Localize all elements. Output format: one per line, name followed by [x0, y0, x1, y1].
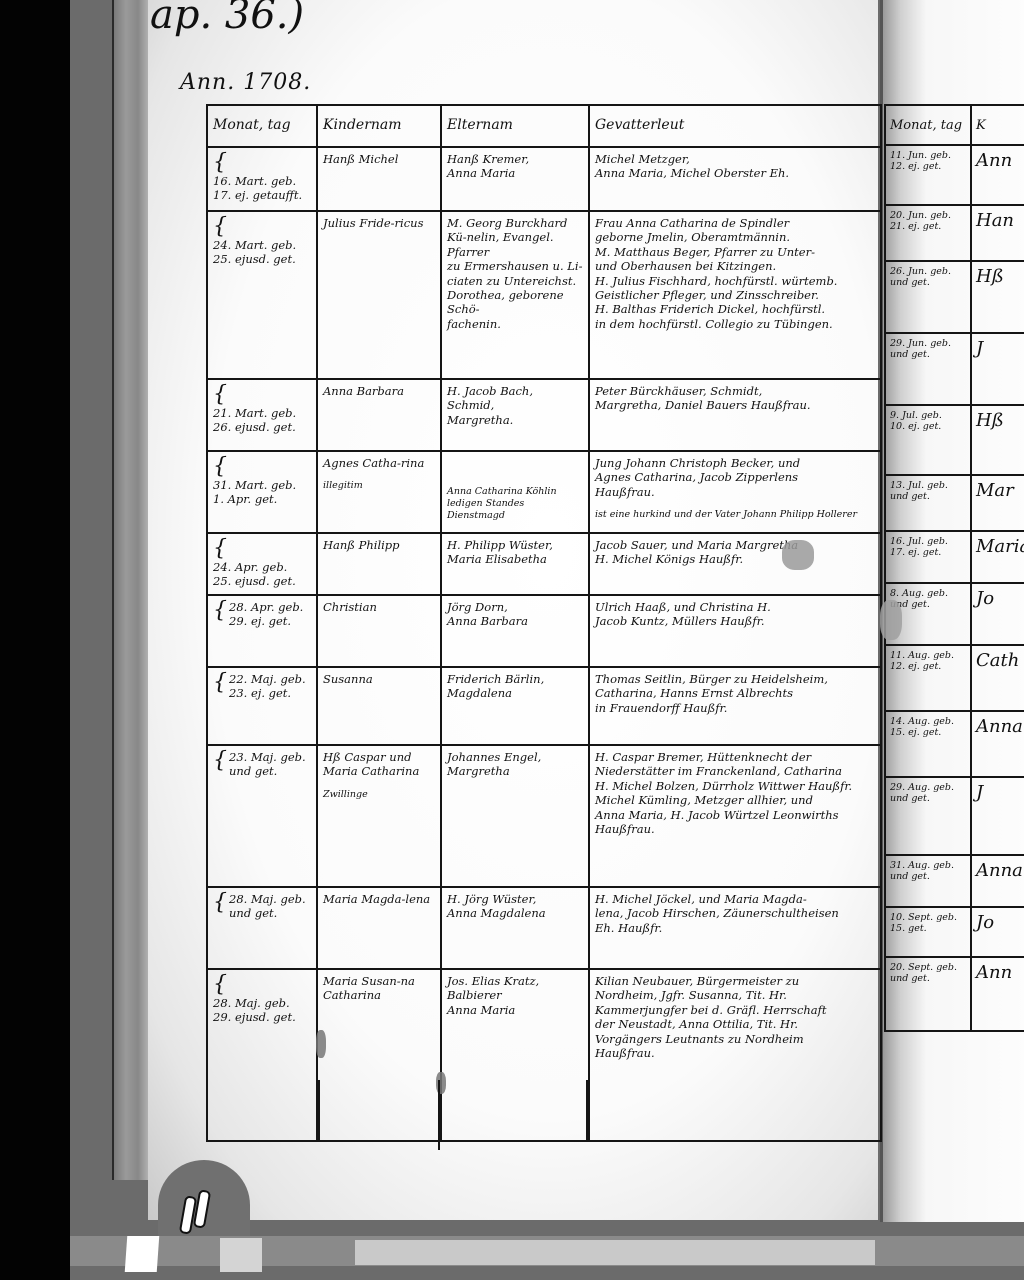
entry-date-cell: {16. Mart. geb.17. ej. getaufft.: [207, 147, 317, 211]
facing-entry-row: 29. Aug. geb.und get.J: [885, 777, 1024, 855]
facing-child-cell: Anna: [971, 711, 1024, 777]
godparent-line: Kammerjungfer bei d. Gräfl. Herrschaft: [595, 1003, 875, 1017]
godparent-line: Anna Maria, Michel Oberster Eh.: [595, 166, 875, 180]
entry-date-cell: {24. Mart. geb.25. ejusd. get.: [207, 211, 317, 379]
entry-dates: 23. Maj. geb.und get.: [229, 750, 306, 779]
entry-date-line: 31. Mart. geb.: [213, 478, 296, 492]
entry-parents-cell: Jörg Dorn,Anna Barbara: [441, 595, 589, 667]
entry-date-cell: {28. Maj. geb.29. ejusd. get.: [207, 969, 317, 1141]
facing-date-line: 17. ej. get.: [890, 547, 966, 558]
godparent-line: in Frauendorff Haußfr.: [595, 701, 875, 715]
entry-date-line: 23. ej. get.: [229, 686, 306, 700]
entry-dates: 21. Mart. geb.26. ejusd. get.: [213, 406, 296, 435]
facing-entry-row: 8. Aug. geb.und get.Jo: [885, 583, 1024, 645]
facing-date-cell: 31. Aug. geb.und get.: [885, 855, 971, 907]
godparent-line: Jacob Kuntz, Müllers Haußfr.: [595, 614, 875, 628]
entry-dates: 28. Maj. geb.29. ejusd. get.: [213, 996, 296, 1025]
brace-icon: {: [213, 384, 227, 406]
godparent-line: geborne Jmelin, Oberamtmännin.: [595, 230, 875, 244]
entry-child-cell: Julius Fride-ricus: [317, 211, 441, 379]
register-entry-row: {24. Apr. geb.25. ejusd. get.Hanß Philip…: [207, 533, 881, 595]
register-header-row: Monat, tag Kindernam Elternam Gevatterle…: [207, 105, 881, 147]
parent-name-line: ciaten zu Untereichst.: [447, 274, 583, 288]
register-entry-row: {21. Mart. geb.26. ejusd. get.Anna Barba…: [207, 379, 881, 451]
brace-icon: {: [213, 672, 227, 694]
facing-date-line: und get.: [890, 349, 966, 360]
facing-date-line: 13. Jul. geb.: [890, 480, 966, 491]
entry-date-cell: {21. Mart. geb.26. ejusd. get.: [207, 379, 317, 451]
facing-date-line: 26. Jun. geb.: [890, 266, 966, 277]
facing-date-cell: 14. Aug. geb.15. ej. get.: [885, 711, 971, 777]
facing-date-cell: 10. Sept. geb.15. get.: [885, 907, 971, 957]
entry-godparents-cell: Thomas Seitlin, Bürger zu Heidelsheim,Ca…: [589, 667, 881, 745]
child-name: Anna Barbara: [323, 384, 435, 398]
register-entry-row: {22. Maj. geb.23. ej. get.SusannaFrideri…: [207, 667, 881, 745]
entry-dates: 16. Mart. geb.17. ej. getaufft.: [213, 174, 302, 203]
facing-child-cell: Anna: [971, 855, 1024, 907]
entry-date-cell: {28. Maj. geb.und get.: [207, 887, 317, 969]
facing-child-cell: Han: [971, 205, 1024, 261]
entry-date-cell: {22. Maj. geb.23. ej. get.: [207, 667, 317, 745]
parent-name-line: Jos. Elias Kratz,: [447, 974, 583, 988]
entry-godparents-cell: Kilian Neubauer, Bürgermeister zuNordhei…: [589, 969, 881, 1141]
facing-date-cell: 9. Jul. geb.10. ej. get.: [885, 405, 971, 475]
facing-date-line: 29. Aug. geb.: [890, 782, 966, 793]
child-name: Christian: [323, 600, 435, 614]
entry-godparents-cell: Frau Anna Catharina de Spindlergeborne J…: [589, 211, 881, 379]
entry-date-cell: {28. Apr. geb.29. ej. get.: [207, 595, 317, 667]
header-parents: Elternam: [441, 105, 589, 147]
godparent-note: ist eine hurkind und der Vater Johann Ph…: [595, 509, 875, 521]
facing-entry-row: 10. Sept. geb.15. get.Jo: [885, 907, 1024, 957]
entry-date-line: 22. Maj. geb.: [229, 672, 306, 686]
facing-entry-row: 29. Jun. geb.und get.J: [885, 333, 1024, 405]
header-child-name: Kindernam: [317, 105, 441, 147]
facing-child-cell: Maria: [971, 531, 1024, 583]
page-stain: [880, 600, 902, 640]
entry-dates: 28. Apr. geb.29. ej. get.: [229, 600, 303, 629]
facing-date-line: 11. Jun. geb.: [890, 150, 966, 161]
facing-date-line: und get.: [890, 973, 966, 984]
entry-date-line: 25. ejusd. get.: [213, 574, 296, 588]
entry-child-cell: Maria Susan-na Catharina: [317, 969, 441, 1141]
entry-child-cell: Christian: [317, 595, 441, 667]
facing-date-line: 12. ej. get.: [890, 161, 966, 172]
godparent-line: H. Balthas Friderich Dickel, hochfürstl.: [595, 302, 875, 316]
child-name: Susanna: [323, 672, 435, 686]
entry-date-line: 21. Mart. geb.: [213, 406, 296, 420]
parent-name-line: Anna Magdalena: [447, 906, 583, 920]
parent-name-line: zu Ermershausen u. Li-: [447, 259, 583, 273]
facing-date-cell: 11. Jun. geb.12. ej. get.: [885, 145, 971, 205]
facing-date-line: 12. ej. get.: [890, 661, 966, 672]
parent-name-line: Balbierer: [447, 988, 583, 1002]
godparent-line: Geistlicher Pfleger, und Zinsschreiber.: [595, 288, 875, 302]
parent-note-line: ledigen Standes Dienstmagd: [447, 498, 583, 522]
godparent-line: Haußfrau.: [595, 1046, 875, 1060]
brace-icon: {: [213, 600, 227, 622]
parent-name-line: Friderich Bärlin,: [447, 672, 583, 686]
brace-icon: {: [213, 152, 227, 174]
child-note: illegitim: [323, 480, 435, 492]
facing-child-cell: Ann: [971, 145, 1024, 205]
entry-parents-cell: Jos. Elias Kratz,BalbiererAnna Maria: [441, 969, 589, 1141]
facing-date-cell: 29. Jun. geb.und get.: [885, 333, 971, 405]
entry-date-line: 28. Maj. geb.: [213, 996, 296, 1010]
godparent-line: H. Michel Königs Haußfr.: [595, 552, 875, 566]
facing-child-cell: Mar: [971, 475, 1024, 531]
godparent-line: Jung Johann Christoph Becker, und: [595, 456, 875, 470]
entry-date-line: 29. ej. get.: [229, 614, 303, 628]
child-name: Maria Magda-lena: [323, 892, 435, 906]
entry-child-cell: Anna Barbara: [317, 379, 441, 451]
entry-date-line: 25. ejusd. get.: [213, 252, 296, 266]
entry-date-line: 29. ejusd. get.: [213, 1010, 296, 1024]
scanner-tab-white: [125, 1236, 160, 1272]
facing-date-line: 31. Aug. geb.: [890, 860, 966, 871]
facing-child-cell: J: [971, 333, 1024, 405]
parent-name-line: Margretha: [447, 764, 583, 778]
folio-mark: ap. 36.): [150, 0, 304, 38]
godparent-line: Eh. Haußfr.: [595, 921, 875, 935]
entry-date-line: 17. ej. getaufft.: [213, 188, 302, 202]
entry-date-line: und get.: [229, 764, 306, 778]
godparent-line: in dem hochfürstl. Collegio zu Tübingen.: [595, 317, 875, 331]
godparent-line: Haußfrau.: [595, 485, 875, 499]
child-name: Hanß Philipp: [323, 538, 435, 552]
godparent-line: Margretha, Daniel Bauers Haußfrau.: [595, 398, 875, 412]
entry-godparents-cell: H. Caspar Bremer, Hüttenknecht derNieder…: [589, 745, 881, 887]
entry-child-cell: Susanna: [317, 667, 441, 745]
facing-entry-row: 20. Sept. geb.und get.Ann: [885, 957, 1024, 1031]
facing-child-cell: Cath: [971, 645, 1024, 711]
parent-name-line: Magdalena: [447, 686, 583, 700]
entry-date-line: 23. Maj. geb.: [229, 750, 306, 764]
godparent-line: Kilian Neubauer, Bürgermeister zu: [595, 974, 875, 988]
facing-date-line: und get.: [890, 871, 966, 882]
brace-icon: {: [213, 892, 227, 914]
column-line: [206, 1080, 208, 1140]
register-entry-row: {28. Apr. geb.29. ej. get.ChristianJörg …: [207, 595, 881, 667]
brace-icon: {: [213, 216, 227, 238]
baptism-register-table: Monat, tag Kindernam Elternam Gevatterle…: [206, 104, 882, 1142]
register-entry-row: {28. Maj. geb.und get.Maria Magda-lenaH.…: [207, 887, 881, 969]
godparent-line: Michel Kümling, Metzger allhier, und: [595, 793, 875, 807]
entry-date-cell: {31. Mart. geb.1. Apr. get.: [207, 451, 317, 533]
entry-godparents-cell: Jung Johann Christoph Becker, undAgnes C…: [589, 451, 881, 533]
brace-icon: {: [213, 750, 227, 772]
facing-header-month-day: Monat, tag: [885, 105, 971, 145]
entry-date-cell: {24. Apr. geb.25. ejusd. get.: [207, 533, 317, 595]
entry-child-cell: Hß Caspar und Maria CatharinaZwillinge: [317, 745, 441, 887]
entry-parents-cell: Anna Catharina Köhlinledigen Standes Die…: [441, 451, 589, 533]
entry-date-line: und get.: [229, 906, 306, 920]
parent-name-line: Dorothea, geborene Schö-: [447, 288, 583, 317]
ink-stain: [316, 1030, 326, 1058]
entry-dates: 28. Maj. geb.und get.: [229, 892, 306, 921]
entry-date-line: 16. Mart. geb.: [213, 174, 302, 188]
entry-date-line: 28. Maj. geb.: [229, 892, 306, 906]
entry-date-line: 1. Apr. get.: [213, 492, 296, 506]
parent-name-line: Johannes Engel,: [447, 750, 583, 764]
godparent-line: Niederstätter im Franckenland, Catharina: [595, 764, 875, 778]
brace-icon: {: [213, 974, 227, 996]
facing-child-cell: J: [971, 777, 1024, 855]
facing-child-cell: Ann: [971, 957, 1024, 1031]
parent-name-line: Margretha.: [447, 413, 583, 427]
scanner-frame-left: [0, 0, 70, 1280]
facing-date-cell: 20. Jun. geb.21. ej. get.: [885, 205, 971, 261]
scanner-tab-grey: [220, 1238, 262, 1272]
facing-date-line: 20. Jun. geb.: [890, 210, 966, 221]
facing-date-line: 10. ej. get.: [890, 421, 966, 432]
facing-header-row: Monat, tag K: [885, 105, 1024, 145]
facing-entry-row: 26. Jun. geb.und get.Hß: [885, 261, 1024, 333]
entry-godparents-cell: Jacob Sauer, und Maria MargrethaH. Miche…: [589, 533, 881, 595]
year-heading: Ann. 1708.: [180, 70, 311, 95]
entry-godparents-cell: Ulrich Haaß, und Christina H.Jacob Kuntz…: [589, 595, 881, 667]
facing-date-line: und get.: [890, 277, 966, 288]
facing-date-cell: 26. Jun. geb.und get.: [885, 261, 971, 333]
parent-name-line: M. Georg Burckhard Kü-nelin, Evangel. Pf…: [447, 216, 583, 259]
header-month-day: Monat, tag: [207, 105, 317, 147]
parent-name-line: Anna Maria: [447, 1003, 583, 1017]
entry-parents-cell: M. Georg Burckhard Kü-nelin, Evangel. Pf…: [441, 211, 589, 379]
scanner-bottom-strip: [355, 1240, 875, 1265]
godparent-line: H. Caspar Bremer, Hüttenknecht der: [595, 750, 875, 764]
godparent-line: Anna Maria, H. Jacob Würtzel Leonwirths …: [595, 808, 875, 837]
facing-date-line: 9. Jul. geb.: [890, 410, 966, 421]
register-entry-row: {23. Maj. geb.und get.Hß Caspar und Mari…: [207, 745, 881, 887]
child-name: Hß Caspar und Maria Catharina: [323, 750, 435, 779]
facing-date-line: 15. get.: [890, 923, 966, 934]
entry-date-cell: {23. Maj. geb.und get.: [207, 745, 317, 887]
facing-date-line: 21. ej. get.: [890, 221, 966, 232]
entry-dates: 31. Mart. geb.1. Apr. get.: [213, 478, 296, 507]
parent-name-line: fachenin.: [447, 317, 583, 331]
facing-entry-row: 11. Aug. geb.12. ej. get.Cath: [885, 645, 1024, 711]
godparent-line: Nordheim, Jgfr. Susanna, Tit. Hr.: [595, 988, 875, 1002]
entry-parents-cell: H. Philipp Wüster,Maria Elisabetha: [441, 533, 589, 595]
entry-parents-cell: Johannes Engel,Margretha: [441, 745, 589, 887]
facing-date-line: 10. Sept. geb.: [890, 912, 966, 923]
parent-name-line: Maria Elisabetha: [447, 552, 583, 566]
brace-icon: {: [213, 538, 227, 560]
entry-child-cell: Agnes Catha-rinaillegitim: [317, 451, 441, 533]
facing-child-cell: Hß: [971, 405, 1024, 475]
godparent-line: lena, Jacob Hirschen, Zäunerschultheisen: [595, 906, 875, 920]
facing-date-line: 11. Aug. geb.: [890, 650, 966, 661]
child-name: Julius Fride-ricus: [323, 216, 435, 230]
bottom-mark-stroke: [193, 1189, 211, 1229]
facing-entry-row: 11. Jun. geb.12. ej. get.Ann: [885, 145, 1024, 205]
column-line: [318, 1080, 320, 1140]
godparent-line: der Neustadt, Anna Ottilia, Tit. Hr.: [595, 1017, 875, 1031]
parent-name-line: Anna Barbara: [447, 614, 583, 628]
facing-child-cell: Jo: [971, 907, 1024, 957]
godparent-line: Vorgängers Leutnants zu Nordheim: [595, 1032, 875, 1046]
entry-parents-cell: H. Jörg Wüster,Anna Magdalena: [441, 887, 589, 969]
register-entry-row: {24. Mart. geb.25. ejusd. get.Julius Fri…: [207, 211, 881, 379]
entry-date-line: 28. Apr. geb.: [229, 600, 303, 614]
facing-date-line: 16. Jul. geb.: [890, 536, 966, 547]
godparent-line: und Oberhausen bei Kitzingen.: [595, 259, 875, 273]
entry-parents-cell: H. Jacob Bach, Schmid,Margretha.: [441, 379, 589, 451]
godparent-line: Agnes Catharina, Jacob Zipperlens: [595, 470, 875, 484]
child-name: Hanß Michel: [323, 152, 435, 166]
entry-date-line: 24. Mart. geb.: [213, 238, 296, 252]
entry-godparents-cell: Michel Metzger,Anna Maria, Michel Oberst…: [589, 147, 881, 211]
register-entry-row: {31. Mart. geb.1. Apr. get.Agnes Catha-r…: [207, 451, 881, 533]
child-name: Maria Susan-na Catharina: [323, 974, 435, 1003]
child-note: Zwillinge: [323, 789, 435, 801]
parent-note-line: Anna Catharina Köhlin: [447, 486, 583, 498]
entry-child-cell: Hanß Philipp: [317, 533, 441, 595]
facing-date-line: 8. Aug. geb.: [890, 588, 966, 599]
entry-godparents-cell: Peter Bürckhäuser, Schmidt,Margretha, Da…: [589, 379, 881, 451]
facing-date-cell: 20. Sept. geb.und get.: [885, 957, 971, 1031]
parent-name-line: H. Jörg Wüster,: [447, 892, 583, 906]
facing-date-cell: 16. Jul. geb.17. ej. get.: [885, 531, 971, 583]
godparent-line: Michel Metzger,: [595, 152, 875, 166]
facing-entry-row: 14. Aug. geb.15. ej. get.Anna: [885, 711, 1024, 777]
godparent-line: H. Julius Fischhard, hochfürstl. würtemb…: [595, 274, 875, 288]
facing-entry-row: 20. Jun. geb.21. ej. get.Han: [885, 205, 1024, 261]
register-entry-row: {28. Maj. geb.29. ejusd. get.Maria Susan…: [207, 969, 881, 1141]
column-line: [438, 1080, 440, 1150]
facing-header-child: K: [971, 105, 1024, 145]
brace-icon: {: [213, 456, 227, 478]
entry-date-line: 24. Apr. geb.: [213, 560, 296, 574]
facing-child-cell: Jo: [971, 583, 1024, 645]
parent-name-line: Anna Maria: [447, 166, 583, 180]
facing-date-line: 15. ej. get.: [890, 727, 966, 738]
ink-stain: [782, 540, 814, 570]
godparent-line: M. Matthaus Beger, Pfarrer zu Unter-: [595, 245, 875, 259]
entry-date-line: 26. ejusd. get.: [213, 420, 296, 434]
entry-godparents-cell: H. Michel Jöckel, und Maria Magda-lena, …: [589, 887, 881, 969]
entry-dates: 24. Apr. geb.25. ejusd. get.: [213, 560, 296, 589]
entry-child-cell: Hanß Michel: [317, 147, 441, 211]
facing-date-line: und get.: [890, 793, 966, 804]
header-godparents: Gevatterleut: [589, 105, 881, 147]
godparent-line: Peter Bürckhäuser, Schmidt,: [595, 384, 875, 398]
parent-name-line: Jörg Dorn,: [447, 600, 583, 614]
parent-name-line: Hanß Kremer,: [447, 152, 583, 166]
facing-entry-row: 13. Jul. geb.und get.Mar: [885, 475, 1024, 531]
facing-date-cell: 13. Jul. geb.und get.: [885, 475, 971, 531]
facing-date-line: und get.: [890, 491, 966, 502]
parent-name-line: H. Jacob Bach, Schmid,: [447, 384, 583, 413]
godparent-line: Frau Anna Catharina de Spindler: [595, 216, 875, 230]
child-name: Agnes Catha-rina: [323, 456, 435, 470]
facing-child-cell: Hß: [971, 261, 1024, 333]
entry-parents-cell: Hanß Kremer,Anna Maria: [441, 147, 589, 211]
facing-entry-row: 31. Aug. geb.und get.Anna: [885, 855, 1024, 907]
godparent-line: H. Michel Jöckel, und Maria Magda-: [595, 892, 875, 906]
parent-name-line: H. Philipp Wüster,: [447, 538, 583, 552]
facing-date-line: und get.: [890, 599, 966, 610]
godparent-line: Thomas Seitlin, Bürger zu Heidelsheim,: [595, 672, 875, 686]
godparent-line: Catharina, Hanns Ernst Albrechts: [595, 686, 875, 700]
register-entry-row: {16. Mart. geb.17. ej. getaufft.Hanß Mic…: [207, 147, 881, 211]
facing-date-cell: 11. Aug. geb.12. ej. get.: [885, 645, 971, 711]
entry-dates: 24. Mart. geb.25. ejusd. get.: [213, 238, 296, 267]
facing-entry-row: 16. Jul. geb.17. ej. get.Maria: [885, 531, 1024, 583]
entry-dates: 22. Maj. geb.23. ej. get.: [229, 672, 306, 701]
facing-entry-row: 9. Jul. geb.10. ej. get.Hß: [885, 405, 1024, 475]
godparent-line: Ulrich Haaß, und Christina H.: [595, 600, 875, 614]
godparent-line: H. Michel Bolzen, Dürrholz Wittwer Haußf…: [595, 779, 875, 793]
facing-date-line: 29. Jun. geb.: [890, 338, 966, 349]
facing-register-table: Monat, tag K 11. Jun. geb.12. ej. get.An…: [884, 104, 1024, 1032]
column-line: [586, 1080, 588, 1140]
facing-date-cell: 29. Aug. geb.und get.: [885, 777, 971, 855]
facing-date-line: 20. Sept. geb.: [890, 962, 966, 973]
godparent-line: Jacob Sauer, und Maria Margretha: [595, 538, 875, 552]
entry-parents-cell: Friderich Bärlin,Magdalena: [441, 667, 589, 745]
entry-child-cell: Maria Magda-lena: [317, 887, 441, 969]
facing-date-line: 14. Aug. geb.: [890, 716, 966, 727]
